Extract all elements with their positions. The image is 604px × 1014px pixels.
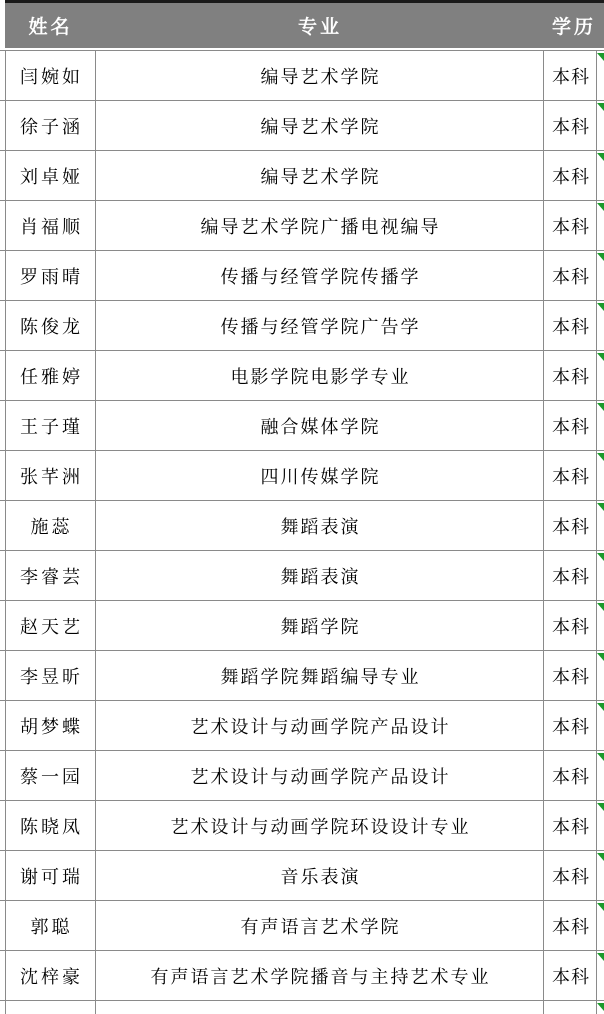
cell-degree[interactable]: 本科	[544, 701, 597, 750]
right-margin-cell	[597, 101, 604, 150]
cell-degree[interactable]: 本科	[544, 401, 597, 450]
major-text: 舞蹈学院	[281, 613, 361, 639]
cell-major[interactable]: 舞蹈学院舞蹈编导专业	[96, 651, 544, 700]
cell-degree[interactable]: 本科	[544, 501, 597, 550]
name-text: 任雅婷	[20, 363, 83, 389]
cell-degree[interactable]: 本科	[544, 51, 597, 100]
degree-text: 本科	[552, 263, 590, 289]
cell-degree[interactable]: 本科	[544, 151, 597, 200]
header-cell-degree[interactable]: 学历	[544, 3, 604, 48]
error-indicator-icon	[597, 253, 604, 261]
cell-name[interactable]: 蔡一园	[6, 751, 96, 800]
right-margin-cell	[597, 251, 604, 300]
degree-text: 本科	[552, 863, 590, 889]
degree-text: 本科	[552, 563, 590, 589]
error-indicator-icon	[597, 303, 604, 311]
error-indicator-icon	[597, 903, 604, 911]
degree-text: 本科	[552, 913, 590, 939]
degree-text: 本科	[552, 63, 590, 89]
cell-name[interactable]: 胡梦蝶	[6, 701, 96, 750]
cell-name[interactable]: 李睿芸	[6, 551, 96, 600]
cell-degree[interactable]: 本科	[544, 601, 597, 650]
cell-degree-empty[interactable]	[544, 1001, 597, 1014]
degree-text: 本科	[552, 113, 590, 139]
major-text: 艺术设计与动画学院产品设计	[191, 713, 451, 739]
error-indicator-icon	[597, 803, 604, 811]
header-cell-major[interactable]: 专业	[96, 3, 544, 48]
cell-name[interactable]: 施蕊	[6, 501, 96, 550]
right-margin-cell	[597, 601, 604, 650]
major-text: 编导艺术学院	[261, 163, 381, 189]
cell-degree[interactable]: 本科	[544, 101, 597, 150]
error-indicator-icon	[597, 153, 604, 161]
cell-degree[interactable]: 本科	[544, 201, 597, 250]
degree-text: 本科	[552, 163, 590, 189]
cell-name[interactable]: 张芊洲	[6, 451, 96, 500]
major-text: 四川传媒学院	[261, 463, 381, 489]
cell-major[interactable]: 音乐表演	[96, 851, 544, 900]
cell-major[interactable]: 艺术设计与动画学院环设设计专业	[96, 801, 544, 850]
cell-major[interactable]: 有声语言艺术学院播音与主持艺术专业	[96, 951, 544, 1000]
degree-text: 本科	[552, 213, 590, 239]
cell-name[interactable]: 赵天艺	[6, 601, 96, 650]
error-indicator-icon	[597, 853, 604, 861]
right-margin-cell	[597, 551, 604, 600]
table-row: 肖福顺 编导艺术学院广播电视编导 本科	[0, 200, 604, 250]
right-margin-cell	[597, 851, 604, 900]
degree-text: 本科	[552, 513, 590, 539]
table-row: 陈俊龙 传播与经管学院广告学 本科	[0, 300, 604, 350]
cell-name[interactable]: 罗雨晴	[6, 251, 96, 300]
right-margin-cell	[597, 1001, 604, 1014]
header-label-degree: 学历	[552, 12, 596, 39]
table-row: 王子瑾 融合媒体学院 本科	[0, 400, 604, 450]
name-text: 肖福顺	[20, 213, 83, 239]
cell-name-empty[interactable]	[6, 1001, 96, 1014]
major-text: 有声语言艺术学院	[241, 913, 401, 939]
name-text: 徐子涵	[20, 113, 83, 139]
cell-name[interactable]: 徐子涵	[6, 101, 96, 150]
error-indicator-icon	[597, 653, 604, 661]
table-row: 罗雨晴 传播与经管学院传播学 本科	[0, 250, 604, 300]
name-text: 刘卓娅	[20, 163, 83, 189]
error-indicator-icon	[597, 353, 604, 361]
cell-degree[interactable]: 本科	[544, 551, 597, 600]
major-text: 艺术设计与动画学院产品设计	[191, 763, 451, 789]
cell-major[interactable]: 编导艺术学院	[96, 101, 544, 150]
error-indicator-icon	[597, 403, 604, 411]
cell-name[interactable]: 任雅婷	[6, 351, 96, 400]
name-text: 王子瑾	[20, 413, 83, 439]
right-margin-cell	[597, 401, 604, 450]
error-indicator-icon	[597, 103, 604, 111]
name-text: 陈晓凤	[20, 813, 83, 839]
cell-degree[interactable]: 本科	[544, 851, 597, 900]
cell-name[interactable]: 闫婉如	[6, 51, 96, 100]
major-text: 舞蹈表演	[281, 563, 361, 589]
major-text: 音乐表演	[281, 863, 361, 889]
right-margin-cell	[597, 501, 604, 550]
table-row: 徐子涵 编导艺术学院 本科	[0, 100, 604, 150]
name-text: 赵天艺	[20, 613, 83, 639]
cell-degree[interactable]: 本科	[544, 951, 597, 1000]
table-row: 李昱昕 舞蹈学院舞蹈编导专业 本科	[0, 650, 604, 700]
table-row: 谢可瑞 音乐表演 本科	[0, 850, 604, 900]
degree-text: 本科	[552, 313, 590, 339]
table-row-partial	[0, 1000, 604, 1014]
name-text: 李昱昕	[20, 663, 83, 689]
cell-major[interactable]: 融合媒体学院	[96, 401, 544, 450]
table-row: 闫婉如 编导艺术学院 本科	[0, 50, 604, 100]
cell-degree[interactable]: 本科	[544, 801, 597, 850]
cell-name[interactable]: 刘卓娅	[6, 151, 96, 200]
table-row: 刘卓娅 编导艺术学院 本科	[0, 150, 604, 200]
header-label-major: 专业	[298, 12, 342, 39]
error-indicator-icon	[597, 203, 604, 211]
name-text: 胡梦蝶	[20, 713, 83, 739]
degree-text: 本科	[552, 613, 590, 639]
name-text: 闫婉如	[20, 63, 83, 89]
cell-name[interactable]: 王子瑾	[6, 401, 96, 450]
cell-name[interactable]: 李昱昕	[6, 651, 96, 700]
degree-text: 本科	[552, 813, 590, 839]
name-text: 李睿芸	[20, 563, 83, 589]
cell-major-empty[interactable]	[96, 1001, 544, 1014]
major-text: 融合媒体学院	[261, 413, 381, 439]
degree-text: 本科	[552, 663, 590, 689]
major-text: 舞蹈学院舞蹈编导专业	[221, 663, 421, 689]
error-indicator-icon	[597, 753, 604, 761]
name-text: 罗雨晴	[20, 263, 83, 289]
cell-major[interactable]: 编导艺术学院	[96, 51, 544, 100]
degree-text: 本科	[552, 763, 590, 789]
cell-major[interactable]: 舞蹈表演	[96, 551, 544, 600]
table-row: 郭聪 有声语言艺术学院 本科	[0, 900, 604, 950]
right-margin-cell	[597, 201, 604, 250]
cell-name[interactable]: 谢可瑞	[6, 851, 96, 900]
table-body: 闫婉如 编导艺术学院 本科 徐子涵 编导艺术学院 本科	[0, 50, 604, 1000]
name-text: 蔡一园	[20, 763, 83, 789]
name-text: 施蕊	[31, 513, 73, 539]
table-row: 张芊洲 四川传媒学院 本科	[0, 450, 604, 500]
cell-degree[interactable]: 本科	[544, 751, 597, 800]
error-indicator-icon	[597, 503, 604, 511]
cell-major[interactable]: 舞蹈学院	[96, 601, 544, 650]
table-row: 任雅婷 电影学院电影学专业 本科	[0, 350, 604, 400]
error-indicator-icon	[597, 953, 604, 961]
error-indicator-icon	[597, 53, 604, 61]
name-text: 谢可瑞	[20, 863, 83, 889]
major-text: 编导艺术学院广播电视编导	[201, 213, 441, 239]
cell-degree[interactable]: 本科	[544, 251, 597, 300]
error-indicator-icon	[597, 603, 604, 611]
error-indicator-icon	[597, 453, 604, 461]
header-cell-name[interactable]: 姓名	[5, 3, 96, 48]
cell-degree[interactable]: 本科	[544, 351, 597, 400]
cell-name[interactable]: 沈梓豪	[6, 951, 96, 1000]
major-text: 编导艺术学院	[261, 63, 381, 89]
degree-text: 本科	[552, 363, 590, 389]
table-row: 沈梓豪 有声语言艺术学院播音与主持艺术专业 本科	[0, 950, 604, 1000]
cell-degree[interactable]: 本科	[544, 901, 597, 950]
cell-major[interactable]: 传播与经管学院广告学	[96, 301, 544, 350]
error-indicator-icon	[597, 1003, 604, 1011]
cell-major[interactable]: 艺术设计与动画学院产品设计	[96, 701, 544, 750]
header-row: 姓名 专业 学历	[5, 3, 604, 48]
major-text: 电影学院电影学专业	[231, 363, 411, 389]
name-text: 郭聪	[31, 913, 73, 939]
cell-major[interactable]: 传播与经管学院传播学	[96, 251, 544, 300]
cell-name[interactable]: 陈俊龙	[6, 301, 96, 350]
table-row: 胡梦蝶 艺术设计与动画学院产品设计 本科	[0, 700, 604, 750]
right-margin-cell	[597, 301, 604, 350]
right-margin-cell	[597, 901, 604, 950]
spreadsheet-table: 姓名 专业 学历 闫婉如 编导艺术学院 本科	[0, 0, 604, 1014]
major-text: 舞蹈表演	[281, 513, 361, 539]
cell-major[interactable]: 舞蹈表演	[96, 501, 544, 550]
right-margin-cell	[597, 51, 604, 100]
header-label-name: 姓名	[28, 12, 72, 39]
cell-major[interactable]: 编导艺术学院广播电视编导	[96, 201, 544, 250]
major-text: 传播与经管学院广告学	[221, 313, 421, 339]
name-text: 沈梓豪	[20, 963, 83, 989]
cell-name[interactable]: 郭聪	[6, 901, 96, 950]
degree-text: 本科	[552, 963, 590, 989]
degree-text: 本科	[552, 413, 590, 439]
major-text: 艺术设计与动画学院环设设计专业	[171, 813, 471, 839]
right-margin-cell	[597, 801, 604, 850]
cell-degree[interactable]: 本科	[544, 451, 597, 500]
table-row: 李睿芸 舞蹈表演 本科	[0, 550, 604, 600]
table-row: 施蕊 舞蹈表演 本科	[0, 500, 604, 550]
cell-major[interactable]: 电影学院电影学专业	[96, 351, 544, 400]
cell-degree[interactable]: 本科	[544, 651, 597, 700]
right-margin-cell	[597, 151, 604, 200]
error-indicator-icon	[597, 703, 604, 711]
cell-degree[interactable]: 本科	[544, 301, 597, 350]
degree-text: 本科	[552, 463, 590, 489]
degree-text: 本科	[552, 713, 590, 739]
major-text: 有声语言艺术学院播音与主持艺术专业	[151, 963, 491, 989]
cell-major[interactable]: 有声语言艺术学院	[96, 901, 544, 950]
cell-name[interactable]: 肖福顺	[6, 201, 96, 250]
cell-major[interactable]: 艺术设计与动画学院产品设计	[96, 751, 544, 800]
right-margin-cell	[597, 751, 604, 800]
cell-major[interactable]: 编导艺术学院	[96, 151, 544, 200]
right-margin-cell	[597, 701, 604, 750]
table-row: 蔡一园 艺术设计与动画学院产品设计 本科	[0, 750, 604, 800]
right-margin-cell	[597, 351, 604, 400]
table-row: 赵天艺 舞蹈学院 本科	[0, 600, 604, 650]
table-row: 陈晓凤 艺术设计与动画学院环设设计专业 本科	[0, 800, 604, 850]
error-indicator-icon	[597, 553, 604, 561]
right-margin-cell	[597, 651, 604, 700]
right-margin-cell	[597, 951, 604, 1000]
cell-name[interactable]: 陈晓凤	[6, 801, 96, 850]
major-text: 传播与经管学院传播学	[221, 263, 421, 289]
major-text: 编导艺术学院	[261, 113, 381, 139]
name-text: 张芊洲	[20, 463, 83, 489]
name-text: 陈俊龙	[20, 313, 83, 339]
right-margin-cell	[597, 451, 604, 500]
cell-major[interactable]: 四川传媒学院	[96, 451, 544, 500]
